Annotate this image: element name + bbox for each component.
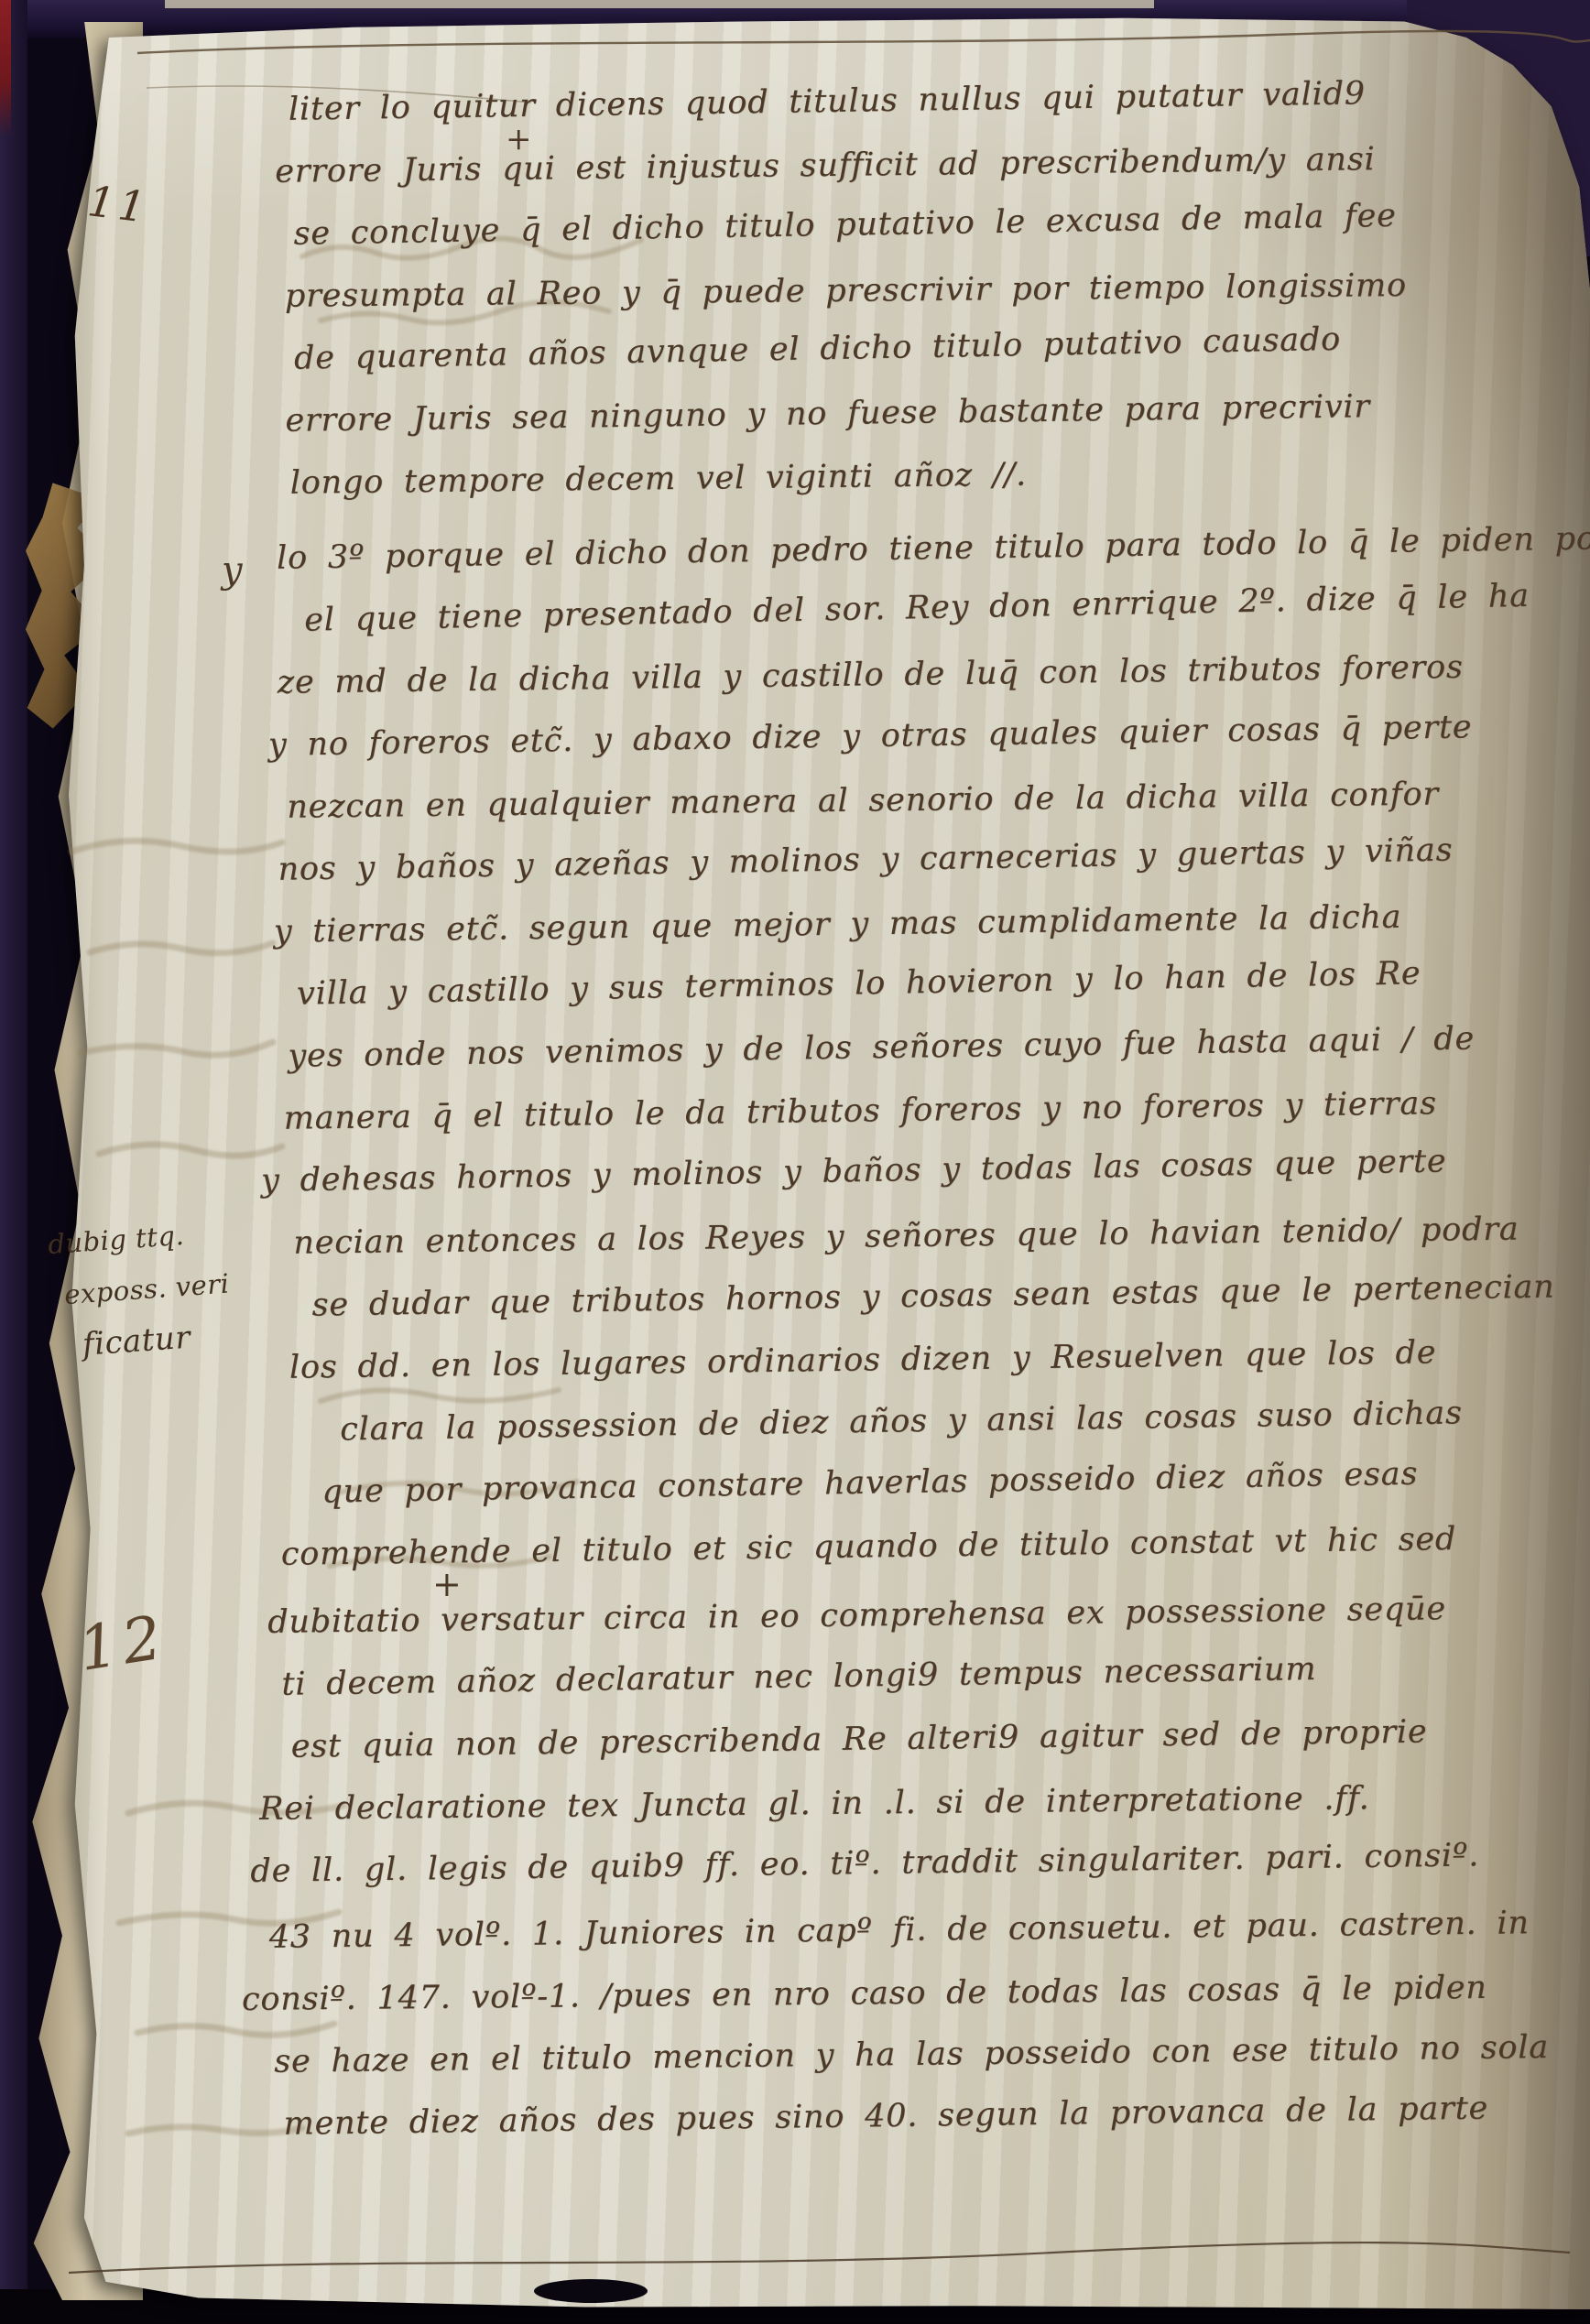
manuscript-text-block: liter lo quitur dicens quod titulus null… [229,86,1585,2168]
margin-number: 12 [74,1602,172,1685]
manuscript-text-line: longo tempore decem vel viginti añoz //. [290,451,1578,527]
folio-number: 11 [85,176,152,233]
manuscript-scan: 11 y dubig ttq. exposs. veri ficatur 12 … [0,0,1590,2324]
